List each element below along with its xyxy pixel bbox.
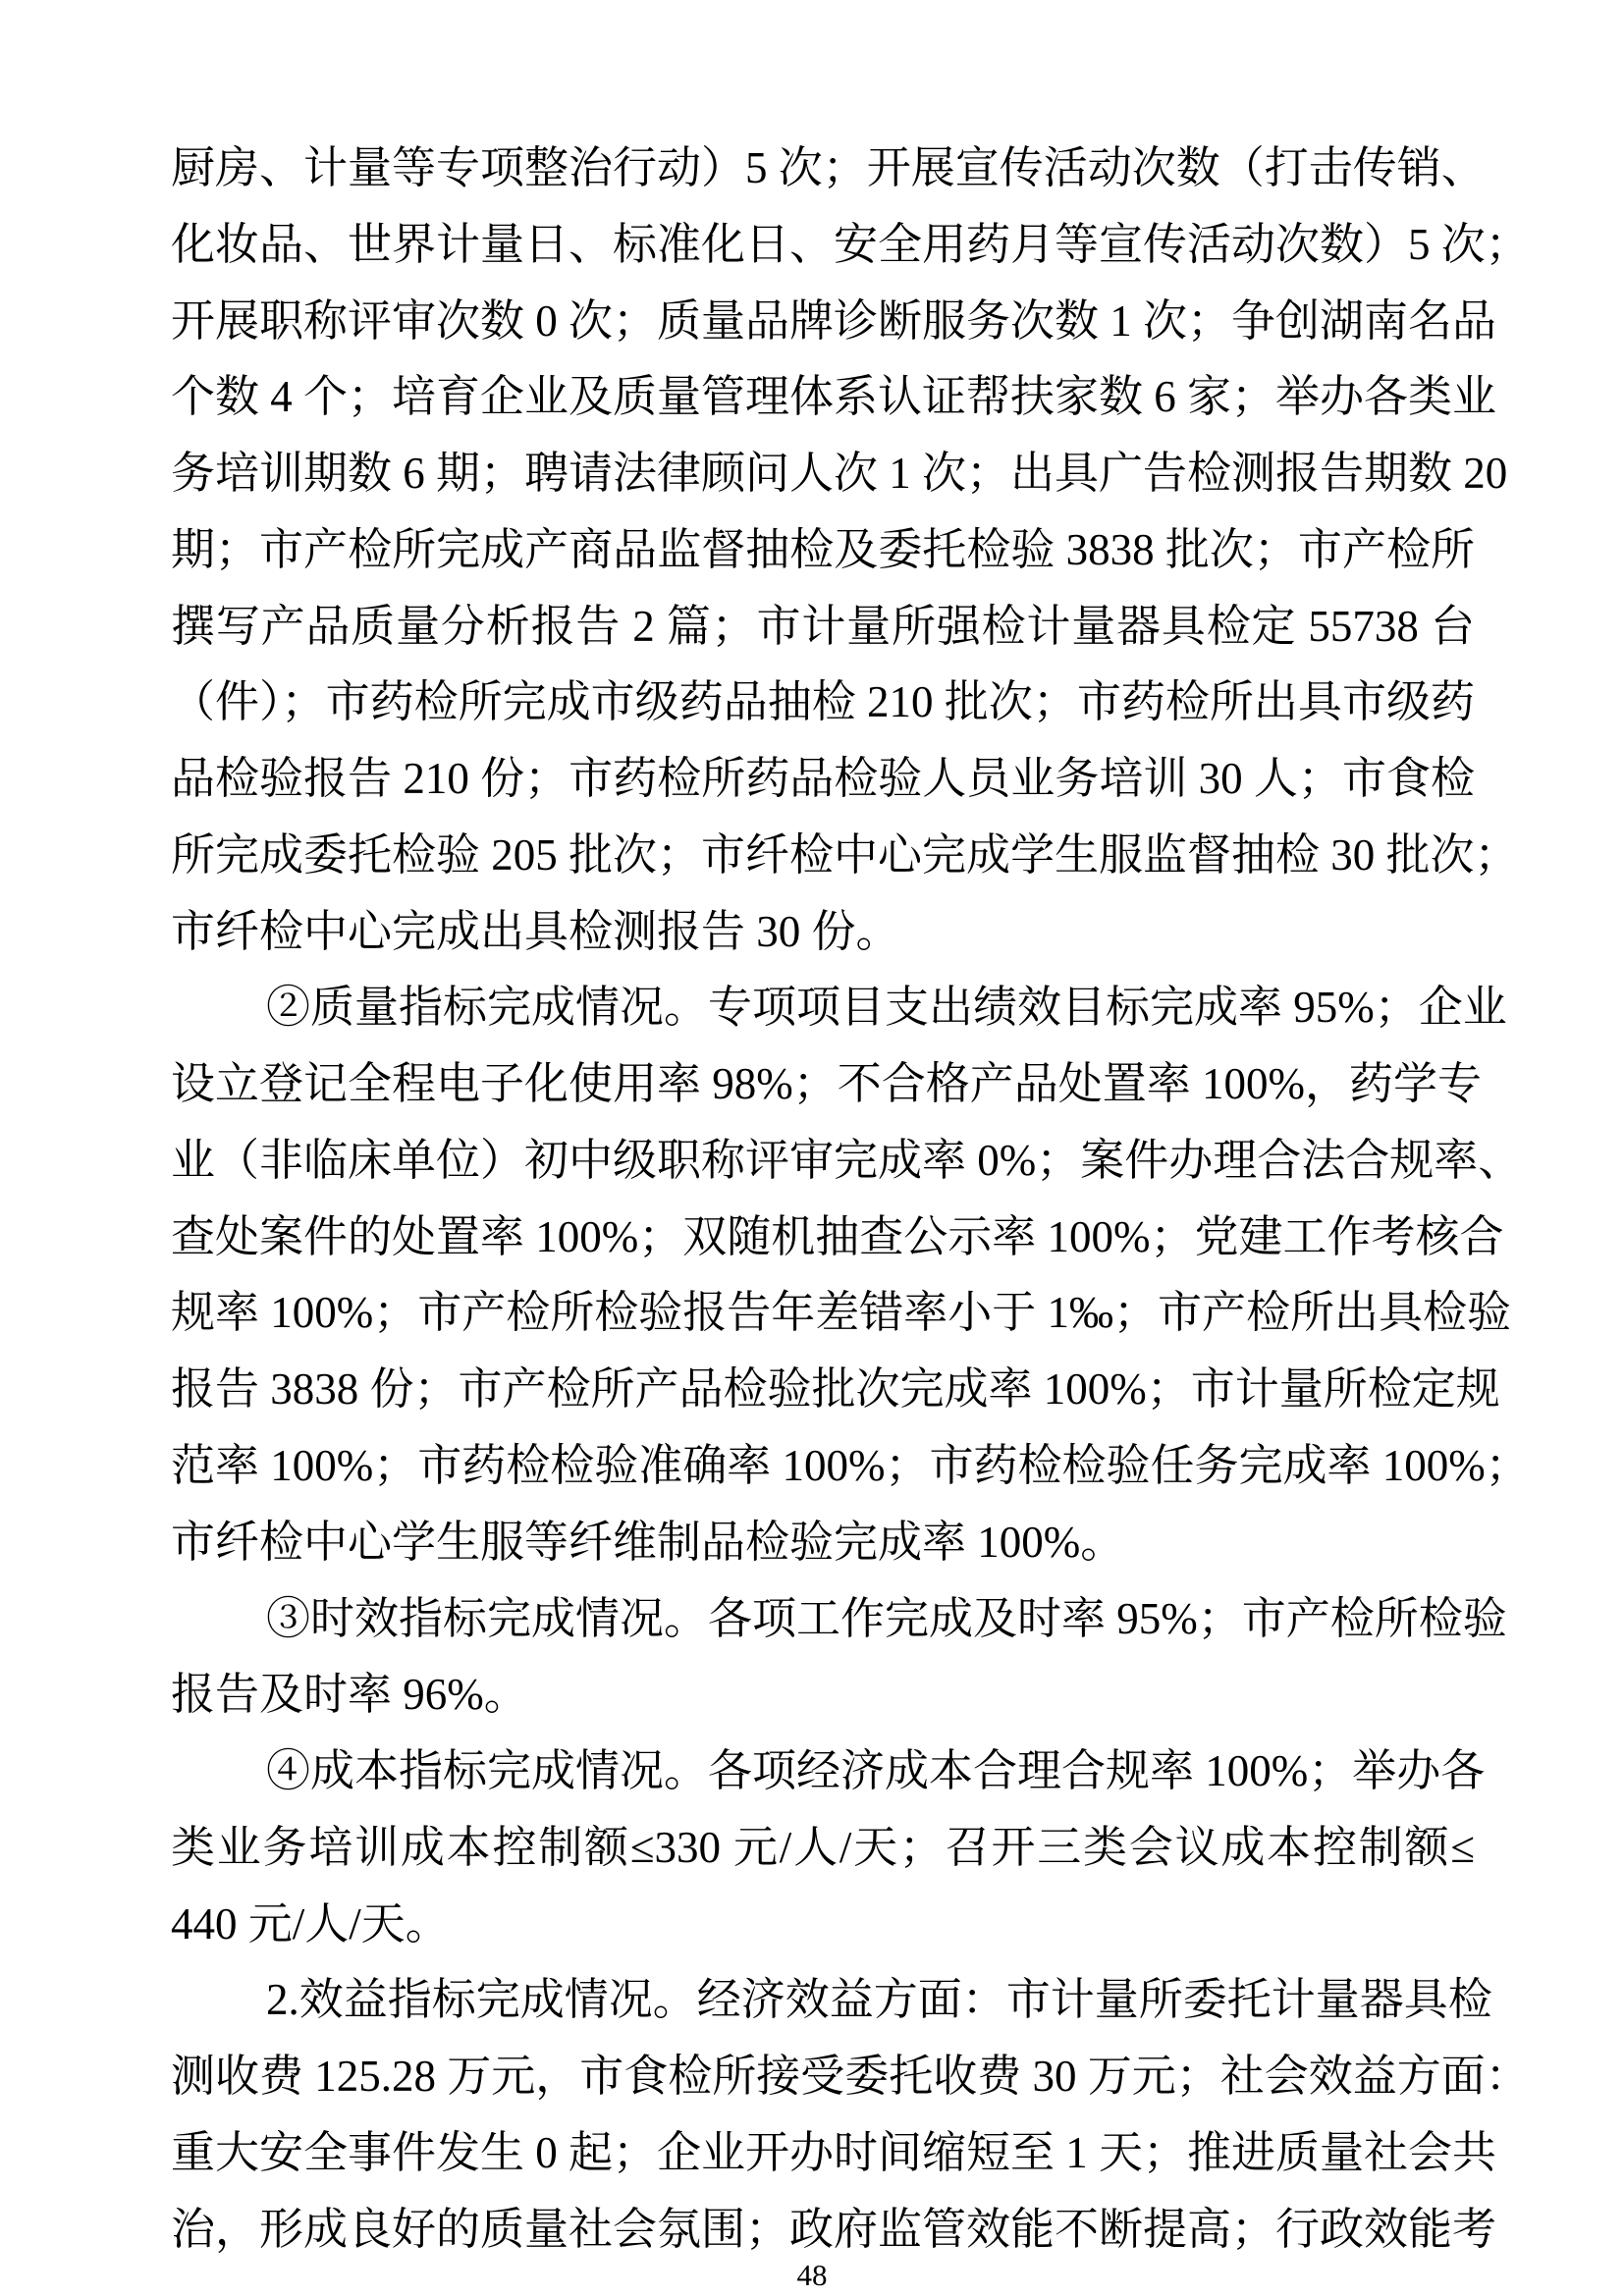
text-line: 查处案件的处置率 100%；双随机抽查公示率 100%；党建工作考核合 (171, 1200, 1475, 1276)
text-line: 报告及时率 96%。 (171, 1657, 1475, 1734)
text-line: 业（非临床单位）初中级职称评审完成率 0%；案件办理合法合规率、 (171, 1123, 1475, 1200)
text-line: 重大安全事件发生 0 起；企业开办时间缩短至 1 天；推进质量社会共 (171, 2115, 1475, 2192)
text-line: ②质量指标完成情况。专项项目支出绩效目标完成率 95%；企业 (171, 970, 1475, 1046)
text-line: 务培训期数 6 期；聘请法律顾问人次 1 次；出具广告检测报告期数 20 (171, 436, 1475, 512)
page-number: 48 (0, 2258, 1624, 2293)
text-line: 范率 100%；市药检检验准确率 100%；市药检检验任务完成率 100%； (171, 1428, 1475, 1505)
text-line: 440 元/人/天。 (171, 1887, 1475, 1963)
text-line: 厨房、计量等专项整治行动）5 次；开展宣传活动次数（打击传销、 (171, 131, 1475, 207)
text-line: 开展职称评审次数 0 次；质量品牌诊断服务次数 1 次；争创湖南名品 (171, 284, 1475, 360)
text-line: 规率 100%；市产检所检验报告年差错率小于 1‰；市产检所出具检验 (171, 1275, 1475, 1352)
text-line: ③时效指标完成情况。各项工作完成及时率 95%；市产检所检验 (171, 1581, 1475, 1658)
text-line: 市纤检中心学生服等纤维制品检验完成率 100%。 (171, 1505, 1475, 1581)
document-lines: 厨房、计量等专项整治行动）5 次；开展宣传活动次数（打击传销、化妆品、世界计量日… (171, 131, 1475, 2268)
text-line: 个数 4 个；培育企业及质量管理体系认证帮扶家数 6 家；举办各类业 (171, 359, 1475, 436)
text-line: 期；市产检所完成产商品监督抽检及委托检验 3838 批次；市产检所 (171, 512, 1475, 589)
text-line: 撰写产品质量分析报告 2 篇；市计量所强检计量器具检定 55738 台 (171, 589, 1475, 666)
text-line: （件）；市药检所完成市级药品抽检 210 批次；市药检所出具市级药 (171, 665, 1475, 741)
text-line: 治，形成良好的质量社会氛围；政府监管效能不断提高；行政效能考 (171, 2192, 1475, 2269)
text-line: 所完成委托检验 205 批次；市纤检中心完成学生服监督抽检 30 批次； (171, 818, 1475, 894)
text-line: 类业务培训成本控制额≤330 元/人/天；召开三类会议成本控制额≤ (171, 1810, 1475, 1887)
text-line: 市纤检中心完成出具检测报告 30 份。 (171, 894, 1475, 971)
text-line: ④成本指标完成情况。各项经济成本合理合规率 100%；举办各 (171, 1734, 1475, 1810)
document-page: 厨房、计量等专项整治行动）5 次；开展宣传活动次数（打击传销、化妆品、世界计量日… (0, 0, 1624, 2296)
text-line: 化妆品、世界计量日、标准化日、安全用药月等宣传活动次数）5 次； (171, 207, 1475, 284)
text-line: 测收费 125.28 万元，市食检所接受委托收费 30 万元；社会效益方面： (171, 2039, 1475, 2115)
text-line: 品检验报告 210 份；市药检所药品检验人员业务培训 30 人；市食检 (171, 741, 1475, 818)
text-line: 报告 3838 份；市产检所产品检验批次完成率 100%；市计量所检定规 (171, 1352, 1475, 1428)
text-line: 2.效益指标完成情况。经济效益方面：市计量所委托计量器具检 (171, 1962, 1475, 2039)
text-line: 设立登记全程电子化使用率 98%；不合格产品处置率 100%，药学专 (171, 1046, 1475, 1123)
